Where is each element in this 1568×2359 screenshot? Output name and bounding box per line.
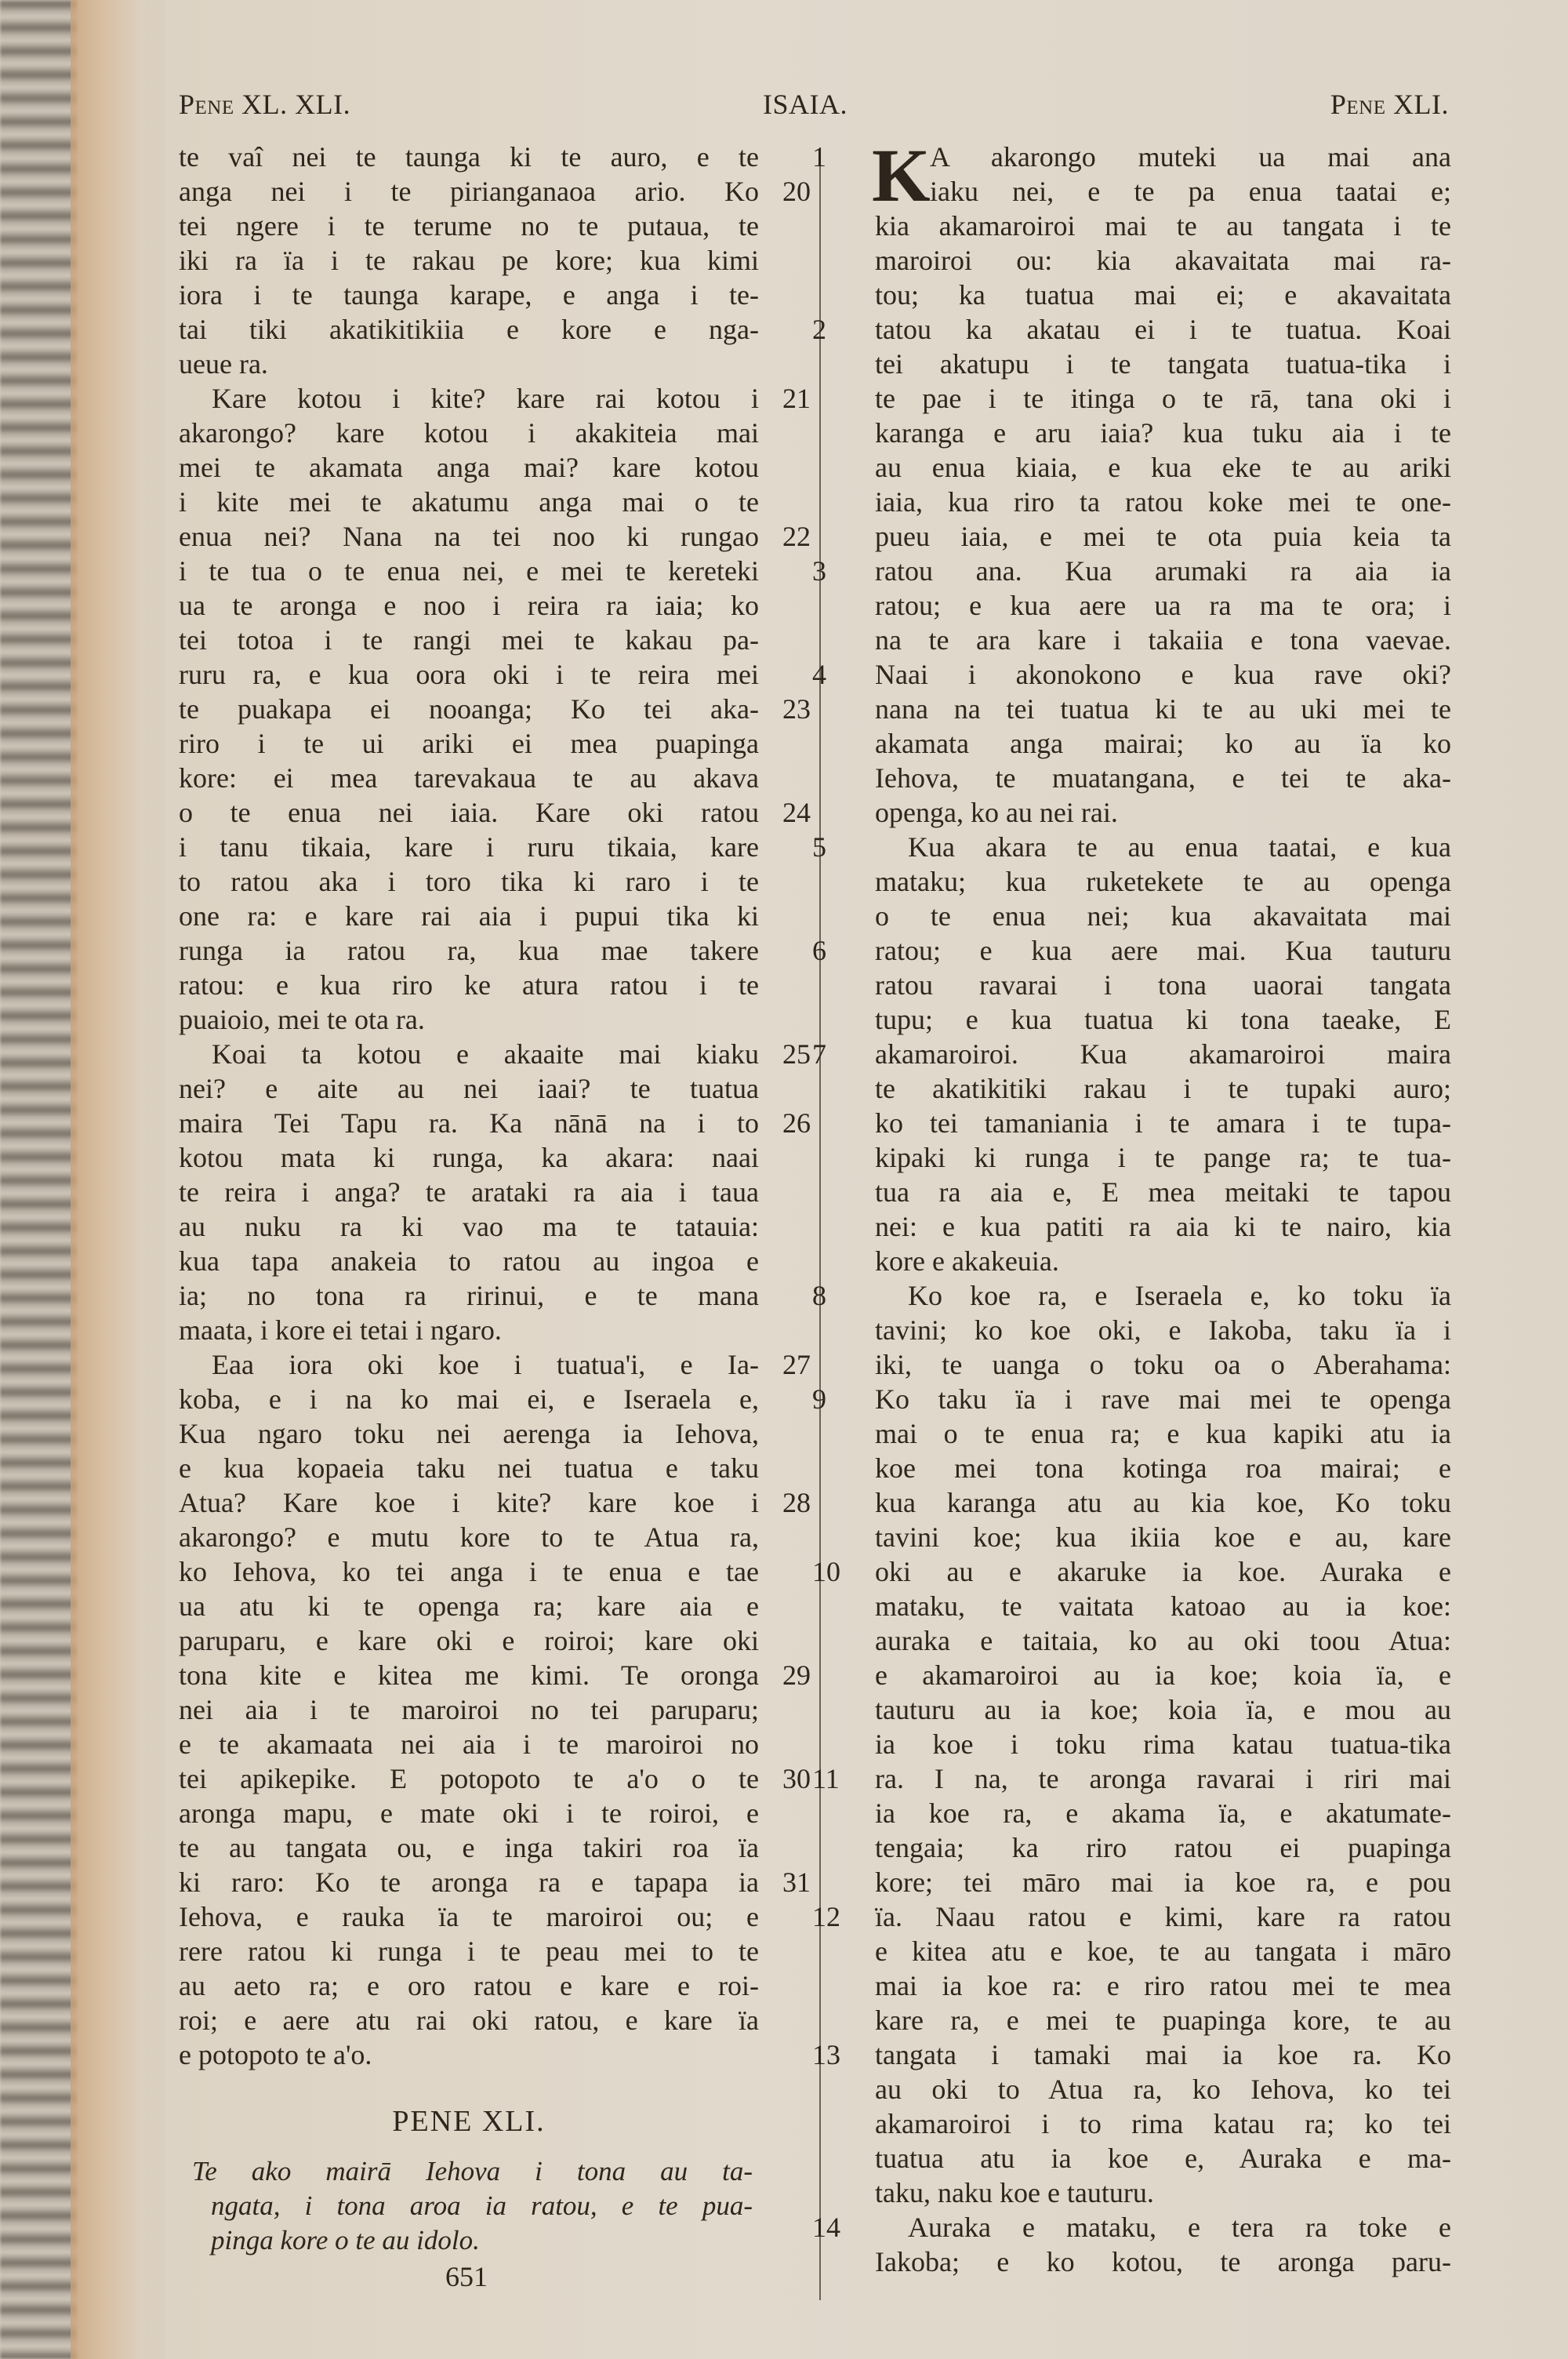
chapter-summary: Te ako mairā Iehova i tona au ta-ngata, … <box>192 2154 753 2258</box>
text-line: enua nei? Nana na tei noo ki rungao22 <box>179 519 759 554</box>
text-line: tuatua atu ia koe e, Auraka e ma- <box>875 2141 1451 2175</box>
text-line: maroiroi ou: kia akavaitata mai ra- <box>875 243 1451 278</box>
line-text: nei? e aite au nei iaai? te tuatua <box>179 1073 759 1104</box>
text-line: anga nei i te pirianganaoa ario. Ko20 <box>179 174 759 209</box>
line-text: A akarongo muteki ua mai ana <box>930 141 1451 173</box>
chapter-heading: PENE XLI. <box>179 2104 759 2139</box>
text-line: nana na tei tuatua ki te au uki mei te <box>875 692 1451 726</box>
line-text: Auraka e mataku, e tera ra toke e <box>908 2212 1451 2243</box>
line-text: ratou: e kua riro ke atura ratou i te <box>179 969 759 1001</box>
text-line: e kitea atu e koe, te au tangata i māro <box>875 1934 1451 1968</box>
text-line: Kua akara te au enua taatai, e kua5 <box>875 830 1451 864</box>
verse-number: 12 <box>812 1899 859 1934</box>
line-text: koba, e i na ko mai ei, e Iseraela e, <box>179 1383 759 1415</box>
line-text: te akatikitiki rakau i te tupaki auro; <box>875 1073 1451 1104</box>
line-text: ko tei tamaniania i te amara i te tupa- <box>875 1107 1451 1139</box>
verse-number: 29 <box>782 1658 811 1692</box>
line-text: te reira i anga? te arataki ra aia i tau… <box>179 1176 759 1208</box>
verse-number: 25 <box>782 1037 811 1071</box>
line-text: iki ra ïa i te rakau pe kore; kua kimi <box>179 245 759 276</box>
text-line: karanga e aru iaia? kua tuku aia i te <box>875 416 1451 450</box>
text-line: nei aia i te maroiroi no tei paruparu; <box>179 1692 759 1727</box>
text-line: kia akamaroiroi mai te au tangata i te <box>875 209 1451 243</box>
text-line: tou; ka tuatua mai ei; e akavaitata <box>875 278 1451 312</box>
line-text: kore: ei mea tarevakaua te au akava <box>179 762 759 794</box>
column-divider-rule <box>819 147 821 2300</box>
verse-number: 30 <box>782 1761 811 1796</box>
text-line: puaioio, mei te ota ra. <box>179 1002 759 1037</box>
text-line: Auraka e mataku, e tera ra toke e14 <box>875 2210 1451 2245</box>
verse-number: 26 <box>782 1106 811 1140</box>
line-text: au aeto ra; e oro ratou e kare e roi- <box>179 1970 759 2001</box>
line-text: Kua ngaro toku nei aerenga ia Iehova, <box>179 1418 759 1449</box>
text-line: mai ia koe ra: e riro ratou mei te mea <box>875 1968 1451 2003</box>
line-text: iki, te uanga o toku oa o Aberahama: <box>875 1349 1451 1380</box>
line-text: e kitea atu e koe, te au tangata i māro <box>875 1936 1451 1967</box>
running-head-left: Pene XL. XLI. <box>179 88 350 121</box>
line-text: tai tiki akatikitikiia e kore e nga- <box>179 314 759 345</box>
line-text: tei ngere i te terume no te putaua, te <box>179 210 759 242</box>
text-line: tavini; ko koe oki, e Iakoba, taku ïa i <box>875 1313 1451 1347</box>
right-text-column: A akarongo muteki ua mai ana1iaku nei, e… <box>875 140 1451 2279</box>
text-line: mataku, te vaitata katoao au ia koe: <box>875 1589 1451 1623</box>
verse-number: 2 <box>812 312 859 347</box>
line-text: iaia, kua riro ta ratou koke mei te one- <box>875 486 1451 518</box>
text-line: na te ara kare i takaiia e tona vaevae. <box>875 623 1451 657</box>
line-text: au oki to Atua ra, ko Iehova, ko tei <box>875 2074 1451 2105</box>
text-line: pueu iaia, e mei te ota puia keia ta <box>875 519 1451 554</box>
text-line: ratou ravarai i tona uaorai tangata <box>875 968 1451 1002</box>
line-text: ia koe i toku rima katau tuatua-tika <box>875 1728 1451 1760</box>
text-line: Kare kotou i kite? kare rai kotou i21 <box>179 381 759 416</box>
text-line: ruru ra, e kua oora oki i te reira mei <box>179 657 759 692</box>
text-line: ïa. Naau ratou e kimi, kare ra ratou12 <box>875 1899 1451 1934</box>
text-line: o te enua nei; kua akavaitata mai <box>875 899 1451 933</box>
text-line: tei apikepike. E potopoto te a'o o te30 <box>179 1761 759 1796</box>
line-text: ia; no tona ra ririnui, e te mana <box>179 1280 759 1311</box>
line-text: tei akatupu i te tangata tuatua-tika i <box>875 348 1451 380</box>
text-line: iki ra ïa i te rakau pe kore; kua kimi <box>179 243 759 278</box>
text-line: au enua kiaia, e kua eke te au ariki <box>875 450 1451 485</box>
text-line: Ko taku ïa i rave mai mei te openga9 <box>875 1382 1451 1416</box>
line-text: anga nei i te pirianganaoa ario. Ko <box>179 176 759 207</box>
line-text: Iakoba; e ko kotou, te aronga paru- <box>875 2246 1451 2277</box>
line-text: o te enua nei; kua akavaitata mai <box>875 900 1451 932</box>
line-text: tavini; ko koe oki, e Iakoba, taku ïa i <box>875 1314 1451 1346</box>
text-line: riro i te ui ariki ei mea puapinga <box>179 726 759 761</box>
line-text: akamaroiroi. Kua akamaroiroi maira <box>875 1038 1451 1070</box>
line-text: kotou mata ki runga, ka akara: naai <box>179 1142 759 1173</box>
text-line: kore e akakeuia. <box>875 1244 1451 1278</box>
book-gutter-shadow <box>71 0 165 2359</box>
line-text: ra. I na, te aronga ravarai i riri mai <box>875 1763 1451 1794</box>
verse-number: 4 <box>812 657 859 692</box>
line-text: tua ra aia e, E mea meitaki te tapou <box>875 1176 1451 1208</box>
line-text: kia akamaroiroi mai te au tangata i te <box>875 210 1451 242</box>
text-line: ia koe ra, e akama ïa, e akatumate- <box>875 1796 1451 1830</box>
text-line: akarongo? e mutu kore to te Atua ra, <box>179 1520 759 1554</box>
text-line: rere ratou ki runga i te peau mei to te <box>179 1934 759 1968</box>
left-text-column: te vaî nei te taunga ki te auro, e teang… <box>179 140 759 2072</box>
text-line: tatou ka akatau ei i te tuatua. Koai2 <box>875 312 1451 347</box>
text-line: Iehova, te muatangana, e tei te aka- <box>875 761 1451 795</box>
line-text: au nuku ra ki vao ma te tatauia: <box>179 1211 759 1242</box>
line-text: ua atu ki te openga ra; kare aia e <box>179 1590 759 1622</box>
text-line: mei te akamata anga mai? kare kotou <box>179 450 759 485</box>
line-text: paruparu, e kare oki e roiroi; kare oki <box>179 1625 759 1656</box>
summary-line: pinga kore o te au idolo. <box>192 2223 753 2258</box>
text-line: nei? e aite au nei iaai? te tuatua <box>179 1071 759 1106</box>
line-text: e kua kopaeia taku nei tuatua e taku <box>179 1452 759 1484</box>
text-line: nei: e kua patiti ra aia ki te nairo, ki… <box>875 1209 1451 1244</box>
text-line: ra. I na, te aronga ravarai i riri mai11 <box>875 1761 1451 1796</box>
text-line: ko Iehova, ko tei anga i te enua e tae <box>179 1554 759 1589</box>
text-line: Naai i akonokono e kua rave oki?4 <box>875 657 1451 692</box>
line-text: oki au e akaruke ia koe. Auraka e <box>875 1556 1451 1587</box>
verse-number: 11 <box>812 1761 859 1796</box>
line-text: rere ratou ki runga i te peau mei to te <box>179 1936 759 1967</box>
text-line: tangata i tamaki mai ia koe ra. Ko13 <box>875 2037 1451 2072</box>
text-line: Iakoba; e ko kotou, te aronga paru- <box>875 2245 1451 2279</box>
text-line: i kite mei te akatumu anga mai o te <box>179 485 759 519</box>
text-line: akamaroiroi i to rima katau ra; ko tei <box>875 2106 1451 2141</box>
line-text: Iehova, te muatangana, e tei te aka- <box>875 762 1451 794</box>
line-text: koe mei tona kotinga roa mairai; e <box>875 1452 1451 1484</box>
text-line: e kua kopaeia taku nei tuatua e taku <box>179 1451 759 1485</box>
text-line: ueue ra. <box>179 347 759 381</box>
verse-number: 3 <box>812 554 859 588</box>
line-text: tuatua atu ia koe e, Auraka e ma- <box>875 2143 1451 2174</box>
line-text: tei totoa i te rangi mei te kakau pa- <box>179 624 759 656</box>
text-line: aronga mapu, e mate oki i te roiroi, e <box>179 1796 759 1830</box>
line-text: i kite mei te akatumu anga mai o te <box>179 486 759 518</box>
verse-number: 7 <box>812 1037 859 1071</box>
line-text: Kare kotou i kite? kare rai kotou i <box>212 383 759 414</box>
line-text: kare ra, e mei te puapinga kore, te au <box>875 2005 1451 2036</box>
line-text: ruru ra, e kua oora oki i te reira mei <box>179 659 759 690</box>
running-head-right: Pene XLI. <box>1330 88 1449 121</box>
line-text: te pae i te itinga o te rā, tana oki i <box>875 383 1451 414</box>
text-line: ua atu ki te openga ra; kare aia e <box>179 1589 759 1623</box>
verse-number: 9 <box>812 1382 859 1416</box>
line-text: maira Tei Tapu ra. Ka nānā na i to <box>179 1107 759 1139</box>
line-text: ratou; e kua aere mai. Kua tauturu <box>875 935 1451 966</box>
text-line: tei akatupu i te tangata tuatua-tika i <box>875 347 1451 381</box>
text-line: te akatikitiki rakau i te tupaki auro; <box>875 1071 1451 1106</box>
line-text: ki raro: Ko te aronga ra e tapapa ia <box>179 1866 759 1898</box>
running-head-book-title: ISAIA. <box>763 88 848 121</box>
text-line: tauturu au ia koe; koia ïa, e mou au <box>875 1692 1451 1727</box>
text-line: o te enua nei iaia. Kare oki ratou24 <box>179 795 759 830</box>
text-line: kua tapa anakeia to ratou au ingoa e <box>179 1244 759 1278</box>
verse-number: 28 <box>782 1485 811 1520</box>
line-text: tengaia; ka riro ratou ei puapinga <box>875 1832 1451 1863</box>
text-line: mataku; kua ruketekete te au openga <box>875 864 1451 899</box>
text-line: Koai ta kotou e akaaite mai kiaku25 <box>179 1037 759 1071</box>
verse-number: 27 <box>782 1347 811 1382</box>
text-line: Ko koe ra, e Iseraela e, ko toku ïa8 <box>875 1278 1451 1313</box>
line-text: roi; e aere atu rai oki ratou, e kare ïa <box>179 2005 759 2036</box>
line-text: na te ara kare i takaiia e tona vaevae. <box>875 624 1451 656</box>
summary-line: Te ako mairā Iehova i tona au ta- <box>192 2154 753 2189</box>
line-text: tei apikepike. E potopoto te a'o o te <box>179 1763 759 1794</box>
line-text: Naai i akonokono e kua rave oki? <box>875 659 1451 690</box>
running-head: Pene XL. XLI. ISAIA. Pene XLI. <box>179 88 1449 127</box>
text-line: taku, naku koe e tauturu. <box>875 2175 1451 2210</box>
text-line: ratou ana. Kua arumaki ra aia ia3 <box>875 554 1451 588</box>
line-text: kore; tei māro mai ia koe ra, e pou <box>875 1866 1451 1898</box>
line-text: taku, naku koe e tauturu. <box>875 2177 1154 2208</box>
text-line: tupu; e kua tuatua ki tona taeake, E <box>875 1002 1451 1037</box>
line-text: Koai ta kotou e akaaite mai kiaku <box>212 1038 759 1070</box>
line-text: i te tua o te enua nei, e mei te keretek… <box>179 555 759 587</box>
text-line: Atua? Kare koe i kite? kare koe i28 <box>179 1485 759 1520</box>
line-text: Atua? Kare koe i kite? kare koe i <box>179 1487 759 1518</box>
verse-number: 8 <box>812 1278 859 1313</box>
text-line: to ratou aka i toro tika ki raro i te <box>179 864 759 899</box>
text-line: e te akamaata nei aia i te maroiroi no <box>179 1727 759 1761</box>
text-line: au aeto ra; e oro ratou e kare e roi- <box>179 1968 759 2003</box>
verse-number: 20 <box>782 174 811 209</box>
text-line: tavini koe; kua ikiia koe e au, kare <box>875 1520 1451 1554</box>
verse-number: 24 <box>782 795 811 830</box>
line-text: ko Iehova, ko tei anga i te enua e tae <box>179 1556 759 1587</box>
text-line: e akamaroiroi au ia koe; koia ïa, e <box>875 1658 1451 1692</box>
line-text: riro i te ui ariki ei mea puapinga <box>179 728 759 759</box>
text-line: ratou; e kua aere ua ra ma te ora; i <box>875 588 1451 623</box>
text-line: kua karanga atu au kia koe, Ko toku <box>875 1485 1451 1520</box>
text-line: au nuku ra ki vao ma te tatauia: <box>179 1209 759 1244</box>
line-text: i tanu tikaia, kare i ruru tikaia, kare <box>179 831 759 863</box>
line-text: kore e akakeuia. <box>875 1245 1059 1277</box>
verse-number: 14 <box>812 2210 859 2245</box>
line-text: ïa. Naau ratou e kimi, kare ra ratou <box>875 1901 1451 1932</box>
text-line: kare ra, e mei te puapinga kore, te au <box>875 2003 1451 2037</box>
text-line: tai tiki akatikitikiia e kore e nga- <box>179 312 759 347</box>
line-text: maata, i kore ei tetai i ngaro. <box>179 1314 502 1346</box>
line-text: to ratou aka i toro tika ki raro i te <box>179 866 759 897</box>
line-text: ua te aronga e noo i reira ra iaia; ko <box>179 590 759 621</box>
line-text: tona kite e kitea me kimi. Te oronga <box>179 1659 759 1691</box>
line-text: o te enua nei iaia. Kare oki ratou <box>179 797 759 828</box>
line-text: ratou ana. Kua arumaki ra aia ia <box>875 555 1451 587</box>
text-line: maata, i kore ei tetai i ngaro. <box>179 1313 759 1347</box>
text-line: tei totoa i te rangi mei te kakau pa- <box>179 623 759 657</box>
text-line: ko tei tamaniania i te amara i te tupa- <box>875 1106 1451 1140</box>
line-text: ratou; e kua aere ua ra ma te ora; i <box>875 590 1451 621</box>
text-line: ratou: e kua riro ke atura ratou i te <box>179 968 759 1002</box>
line-text: akamata anga mairai; ko au ïa ko <box>875 728 1451 759</box>
drop-cap-letter: K <box>872 143 931 209</box>
line-text: one ra: e kare rai aia i pupui tika ki <box>179 900 759 932</box>
line-text: Kua akara te au enua taatai, e kua <box>908 831 1451 863</box>
line-text: te au tangata ou, e inga takiri roa ïa <box>179 1832 759 1863</box>
line-text: kua tapa anakeia to ratou au ingoa e <box>179 1245 759 1277</box>
text-line: ki raro: Ko te aronga ra e tapapa ia31 <box>179 1865 759 1899</box>
line-text: kipaki ki runga i te pange ra; te tua- <box>875 1142 1451 1173</box>
text-line: runga ia ratou ra, kua mae takere <box>179 933 759 968</box>
text-line: e potopoto te a'o. <box>179 2037 759 2072</box>
line-text: enua nei? Nana na tei noo ki rungao <box>179 521 759 552</box>
line-text: runga ia ratou ra, kua mae takere <box>179 935 759 966</box>
text-line: iki, te uanga o toku oa o Aberahama: <box>875 1347 1451 1382</box>
line-text: maroiroi ou: kia akavaitata mai ra- <box>875 245 1451 276</box>
verse-number: 31 <box>782 1865 811 1899</box>
line-text: aronga mapu, e mate oki i te roiroi, e <box>179 1797 759 1829</box>
verse-number: 21 <box>782 381 811 416</box>
text-line: koe mei tona kotinga roa mairai; e <box>875 1451 1451 1485</box>
text-line: akamaroiroi. Kua akamaroiroi maira7 <box>875 1037 1451 1071</box>
line-text: mataku, te vaitata katoao au ia koe: <box>875 1590 1451 1622</box>
text-line: akarongo? kare kotou i akakiteia mai <box>179 416 759 450</box>
text-line: roi; e aere atu rai oki ratou, e kare ïa <box>179 2003 759 2037</box>
text-line: tengaia; ka riro ratou ei puapinga <box>875 1830 1451 1865</box>
verse-number: 5 <box>812 830 859 864</box>
text-line: te puakapa ei nooanga; Ko tei aka-23 <box>179 692 759 726</box>
text-line: kore; tei māro mai ia koe ra, e pou <box>875 1865 1451 1899</box>
verse-number: 6 <box>812 933 859 968</box>
text-line: Kua ngaro toku nei aerenga ia Iehova, <box>179 1416 759 1451</box>
line-text: nana na tei tuatua ki te au uki mei te <box>875 693 1451 725</box>
line-text: kua karanga atu au kia koe, Ko toku <box>875 1487 1451 1518</box>
line-text: te vaî nei te taunga ki te auro, e te <box>179 141 759 173</box>
line-text: ueue ra. <box>179 348 268 380</box>
text-line: oki au e akaruke ia koe. Auraka e10 <box>875 1554 1451 1589</box>
page-number: 651 <box>445 2260 488 2293</box>
line-text: iora i te taunga karape, e anga i te- <box>179 279 759 311</box>
facing-page-edge <box>0 0 77 2359</box>
line-text: e potopoto te a'o. <box>179 2039 372 2070</box>
line-text: nei aia i te maroiroi no tei paruparu; <box>179 1694 759 1725</box>
text-line: tua ra aia e, E mea meitaki te tapou <box>875 1175 1451 1209</box>
text-line: mai o te enua ra; e kua kapiki atu ia <box>875 1416 1451 1451</box>
text-line: ratou; e kua aere mai. Kua tauturu6 <box>875 933 1451 968</box>
text-line: iaia, kua riro ta ratou koke mei te one- <box>875 485 1451 519</box>
text-line: one ra: e kare rai aia i pupui tika ki <box>179 899 759 933</box>
text-line: maira Tei Tapu ra. Ka nānā na i to26 <box>179 1106 759 1140</box>
line-text: Eaa iora oki koe i tuatua'i, e Ia- <box>212 1349 759 1380</box>
text-line: kore: ei mea tarevakaua te au akava <box>179 761 759 795</box>
line-text: e akamaroiroi au ia koe; koia ïa, e <box>875 1659 1451 1691</box>
line-text: mai o te enua ra; e kua kapiki atu ia <box>875 1418 1451 1449</box>
verse-number: 10 <box>812 1554 859 1589</box>
text-line: ia; no tona ra ririnui, e te mana <box>179 1278 759 1313</box>
summary-line: ngata, i tona aroa ia ratou, e te pua- <box>192 2189 753 2223</box>
text-line: ua te aronga e noo i reira ra iaia; ko <box>179 588 759 623</box>
line-text: puaioio, mei te ota ra. <box>179 1004 425 1035</box>
line-text: Ko koe ra, e Iseraela e, ko toku ïa <box>908 1280 1451 1311</box>
line-text: openga, ko au nei rai. <box>875 797 1118 828</box>
line-text: pueu iaia, e mei te ota puia keia ta <box>875 521 1451 552</box>
text-line: paruparu, e kare oki e roiroi; kare oki <box>179 1623 759 1658</box>
verse-number: 22 <box>782 519 811 554</box>
text-line: koba, e i na ko mai ei, e Iseraela e, <box>179 1382 759 1416</box>
line-text: te puakapa ei nooanga; Ko tei aka- <box>179 693 759 725</box>
text-line: iora i te taunga karape, e anga i te- <box>179 278 759 312</box>
line-text: auraka e taitaia, ko au oki toou Atua: <box>875 1625 1451 1656</box>
text-line: tona kite e kitea me kimi. Te oronga29 <box>179 1658 759 1692</box>
text-line: kipaki ki runga i te pange ra; te tua- <box>875 1140 1451 1175</box>
line-text: tauturu au ia koe; koia ïa, e mou au <box>875 1694 1451 1725</box>
line-text: tavini koe; kua ikiia koe e au, kare <box>875 1521 1451 1553</box>
line-text: akarongo? e mutu kore to te Atua ra, <box>179 1521 759 1553</box>
text-line: Eaa iora oki koe i tuatua'i, e Ia-27 <box>179 1347 759 1382</box>
line-text: tou; ka tuatua mai ei; e akavaitata <box>875 279 1451 311</box>
verse-number: 23 <box>782 692 811 726</box>
text-line: te vaî nei te taunga ki te auro, e te <box>179 140 759 174</box>
line-text: tatou ka akatau ei i te tuatua. Koai <box>875 314 1451 345</box>
verse-number: 13 <box>812 2037 859 2072</box>
line-text: akamaroiroi i to rima katau ra; ko tei <box>875 2108 1451 2139</box>
line-text: mataku; kua ruketekete te au openga <box>875 866 1451 897</box>
text-line: auraka e taitaia, ko au oki toou Atua: <box>875 1623 1451 1658</box>
text-line: openga, ko au nei rai. <box>875 795 1451 830</box>
text-line: tei ngere i te terume no te putaua, te <box>179 209 759 243</box>
text-line: kotou mata ki runga, ka akara: naai <box>179 1140 759 1175</box>
line-text: tupu; e kua tuatua ki tona taeake, E <box>875 1004 1451 1035</box>
line-text: tangata i tamaki mai ia koe ra. Ko <box>875 2039 1451 2070</box>
text-line: ia koe i toku rima katau tuatua-tika <box>875 1727 1451 1761</box>
text-line: te reira i anga? te arataki ra aia i tau… <box>179 1175 759 1209</box>
text-line: te pae i te itinga o te rā, tana oki i <box>875 381 1451 416</box>
line-text: ratou ravarai i tona uaorai tangata <box>875 969 1451 1001</box>
line-text: Iehova, e rauka ïa te maroiroi ou; e <box>179 1901 759 1932</box>
line-text: nei: e kua patiti ra aia ki te nairo, ki… <box>875 1211 1451 1242</box>
line-text: iaku nei, e te pa enua taatai e; <box>930 176 1451 207</box>
text-line: i tanu tikaia, kare i ruru tikaia, kare <box>179 830 759 864</box>
text-line: akamata anga mairai; ko au ïa ko <box>875 726 1451 761</box>
line-text: akarongo? kare kotou i akakiteia mai <box>179 417 759 449</box>
line-text: ia koe ra, e akama ïa, e akatumate- <box>875 1797 1451 1829</box>
text-line: Iehova, e rauka ïa te maroiroi ou; e <box>179 1899 759 1934</box>
line-text: Ko taku ïa i rave mai mei te openga <box>875 1383 1451 1415</box>
line-text: mai ia koe ra: e riro ratou mei te mea <box>875 1970 1451 2001</box>
text-line: A akarongo muteki ua mai ana1 <box>875 140 1451 174</box>
verse-number: 1 <box>812 140 859 174</box>
text-line: te au tangata ou, e inga takiri roa ïa <box>179 1830 759 1865</box>
line-text: karanga e aru iaia? kua tuku aia i te <box>875 417 1451 449</box>
line-text: e te akamaata nei aia i te maroiroi no <box>179 1728 759 1760</box>
text-line: i te tua o te enua nei, e mei te keretek… <box>179 554 759 588</box>
text-line: iaku nei, e te pa enua taatai e; <box>875 174 1451 209</box>
line-text: au enua kiaia, e kua eke te au ariki <box>875 452 1451 483</box>
text-line: au oki to Atua ra, ko Iehova, ko tei <box>875 2072 1451 2106</box>
line-text: mei te akamata anga mai? kare kotou <box>179 452 759 483</box>
